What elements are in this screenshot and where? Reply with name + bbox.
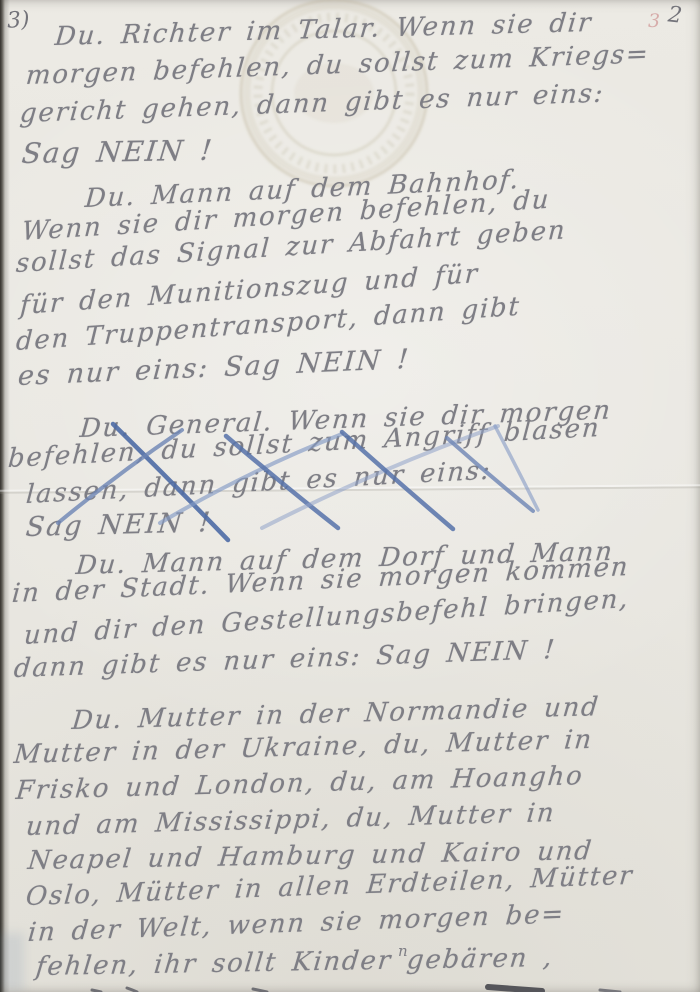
page-number-top-right: 2: [667, 2, 684, 28]
bottom-left-smudge: [0, 933, 24, 991]
page-number-faint-pink: 3: [648, 10, 660, 32]
scan-edge-shadow: [0, 0, 10, 992]
manuscript-page: 3) 3 2 Du. Richter im Talar. Wenn sie di…: [0, 0, 700, 992]
handwritten-line-crossed: Sag NEIN !: [26, 507, 212, 543]
page-number-top-left: 3): [6, 7, 30, 34]
handwritten-line: und am Mississippi, du, Mutter in: [26, 798, 556, 842]
handwritten-line: fehlen, ihr sollt Kinder gebären ,: [36, 943, 554, 982]
handwritten-line: Sag NEIN !: [22, 134, 214, 170]
insertion-mark: n: [398, 942, 408, 960]
